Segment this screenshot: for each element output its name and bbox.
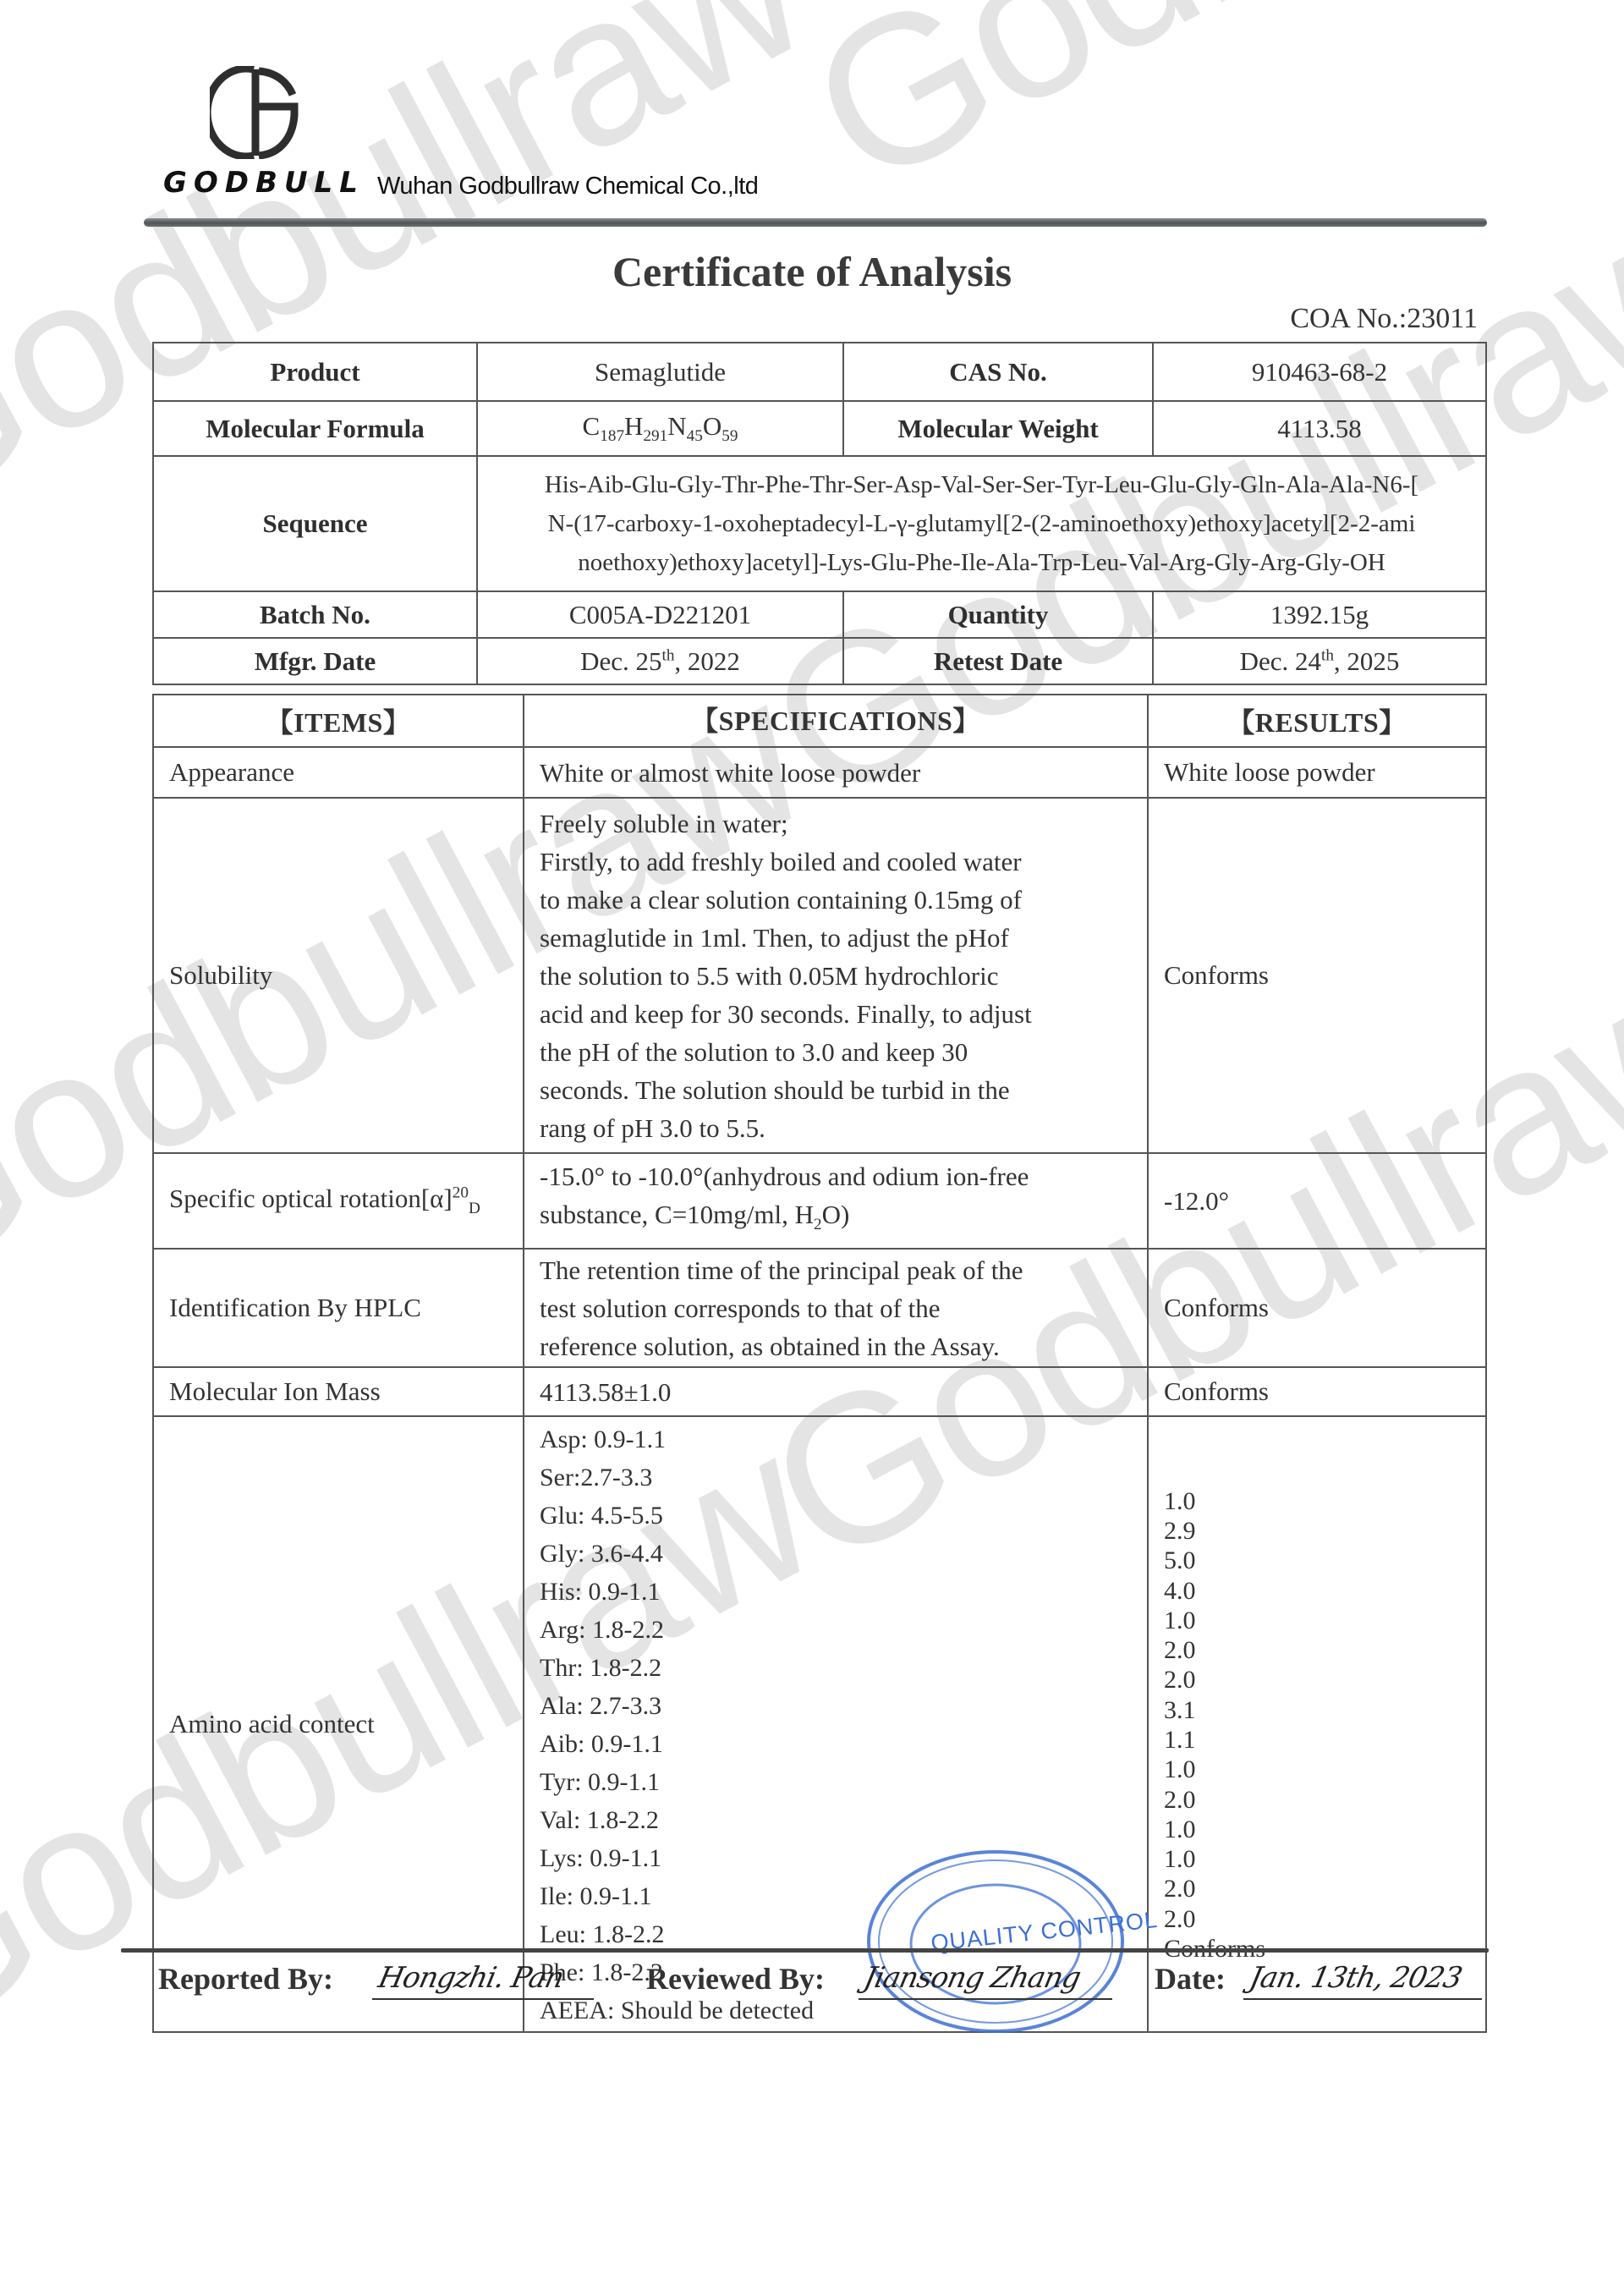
retest-date-ordinal: th xyxy=(1321,646,1334,664)
spec-sub: 2 xyxy=(814,1217,822,1234)
reported-by-line xyxy=(372,1998,594,2000)
amino-acid-result: 3.1 xyxy=(1164,1695,1470,1725)
formula-value: C187H291N45O59 xyxy=(477,401,843,456)
amino-acid-spec: Arg: 1.8-2.2 xyxy=(540,1611,1132,1649)
spec-text: O) xyxy=(822,1200,850,1229)
date-line xyxy=(1243,1998,1482,2000)
amino-acid-spec: Ser:2.7-3.3 xyxy=(540,1458,1132,1497)
formula-label: Molecular Formula xyxy=(153,401,477,456)
amino-acid-spec: Thr: 1.8-2.2 xyxy=(540,1649,1132,1687)
spec-line: reference solution, as obtained in the A… xyxy=(540,1327,1132,1365)
amino-acid-result: 2.0 xyxy=(1164,1785,1470,1815)
spec-appearance: White or almost white loose powder xyxy=(524,747,1148,798)
reported-by-signature: Hongzhi. Pan xyxy=(376,1961,567,1995)
formula-h: 291 xyxy=(643,427,667,445)
batch-label: Batch No. xyxy=(153,591,477,638)
amino-acid-result: 1.0 xyxy=(1164,1755,1470,1784)
mfgr-date-value: Dec. 25th, 2022 xyxy=(477,638,843,684)
amino-acid-result: 2.9 xyxy=(1164,1516,1470,1546)
item-appearance: Appearance xyxy=(153,747,524,798)
item-optical-rotation: Specific optical rotation[α]20D xyxy=(153,1153,524,1249)
product-value: Semaglutide xyxy=(477,343,843,401)
formula-n: 45 xyxy=(687,427,703,445)
document-title: Certificate of Analysis xyxy=(0,247,1624,296)
weight-label: Molecular Weight xyxy=(843,401,1153,456)
spec-line: -15.0° to -10.0°(anhydrous and odium ion… xyxy=(540,1157,1132,1195)
optical-rotation-label: Specific optical rotation[α] xyxy=(169,1184,453,1213)
result-amino-acid: 1.02.95.04.01.02.02.03.11.11.02.01.01.02… xyxy=(1148,1416,1486,2032)
item-ion-mass: Molecular Ion Mass xyxy=(153,1367,524,1416)
retest-date-day: Dec. 24 xyxy=(1240,646,1321,676)
amino-acid-result: 1.0 xyxy=(1164,1486,1470,1516)
batch-value: C005A-D221201 xyxy=(477,591,843,638)
mfgr-date-day: Dec. 25 xyxy=(580,646,661,676)
item-amino-acid: Amino acid contect xyxy=(153,1416,524,2032)
amino-acid-result: 2.0 xyxy=(1164,1904,1470,1934)
coa-number-value: 23011 xyxy=(1407,303,1478,334)
spec-line: rang of pH 3.0 to 5.5. xyxy=(540,1109,1132,1147)
amino-acid-spec: Ala: 2.7-3.3 xyxy=(540,1687,1132,1725)
spec-hplc: The retention time of the principal peak… xyxy=(524,1249,1148,1367)
spec-ion-mass: 4113.58±1.0 xyxy=(524,1367,1148,1416)
amino-acid-spec: Asp: 0.9-1.1 xyxy=(540,1420,1132,1458)
sequence-line: His-Aib-Glu-Gly-Thr-Phe-Thr-Ser-Asp-Val-… xyxy=(486,465,1477,504)
quantity-label: Quantity xyxy=(843,591,1153,638)
retest-date-value: Dec. 24th, 2025 xyxy=(1153,638,1486,684)
table-row: Specific optical rotation[α]20D -15.0° t… xyxy=(153,1153,1486,1249)
spec-text: substance, C=10mg/ml, H xyxy=(540,1200,814,1229)
result-optical-rotation: -12.0° xyxy=(1148,1153,1486,1249)
mfgr-date-year: , 2022 xyxy=(674,646,740,676)
optical-rotation-temp: 20 xyxy=(453,1184,469,1202)
amino-acid-spec: Val: 1.8-2.2 xyxy=(540,1801,1132,1839)
result-ion-mass: Conforms xyxy=(1148,1367,1486,1416)
amino-acid-spec: Aib: 0.9-1.1 xyxy=(540,1725,1132,1763)
reported-by-label: Reported By: xyxy=(158,1961,333,1997)
spec-line: Freely soluble in water; xyxy=(540,805,1132,843)
weight-value: 4113.58 xyxy=(1153,401,1486,456)
result-appearance: White loose powder xyxy=(1148,747,1486,798)
item-hplc: Identification By HPLC xyxy=(153,1249,524,1367)
formula-o: 59 xyxy=(721,427,738,445)
header-divider xyxy=(144,218,1487,227)
reviewed-by-signature: Jiansong Zhang xyxy=(861,1961,1084,1995)
amino-acid-result: 1.0 xyxy=(1164,1844,1470,1874)
result-solubility: Conforms xyxy=(1148,798,1486,1153)
item-solubility: Solubility xyxy=(153,798,524,1153)
amino-acid-result: 4.0 xyxy=(1164,1576,1470,1606)
amino-acid-spec: Gly: 3.6-4.4 xyxy=(540,1535,1132,1573)
table-row: Appearance White or almost white loose p… xyxy=(153,747,1486,798)
spec-line: to make a clear solution containing 0.15… xyxy=(540,881,1132,919)
amino-acid-result: 2.0 xyxy=(1164,1635,1470,1665)
company-name: Wuhan Godbullraw Chemical Co.,ltd xyxy=(377,173,758,200)
product-label: Product xyxy=(153,343,477,401)
optical-rotation-line: D xyxy=(469,1200,480,1217)
spec-solubility: Freely soluble in water; Firstly, to add… xyxy=(524,798,1148,1153)
amino-acid-result: 1.0 xyxy=(1164,1606,1470,1635)
table-row: Identification By HPLC The retention tim… xyxy=(153,1249,1486,1367)
sequence-line: N-(17-carboxy-1-oxoheptadecyl-L-γ-glutam… xyxy=(486,504,1477,543)
spec-line: acid and keep for 30 seconds. Finally, t… xyxy=(540,995,1132,1033)
coa-number: COA No.:23011 xyxy=(1290,303,1478,335)
result-hplc: Conforms xyxy=(1148,1249,1486,1367)
product-info-table: Product Semaglutide CAS No. 910463-68-2 … xyxy=(152,342,1487,685)
spec-line: The retention time of the principal peak… xyxy=(540,1251,1132,1289)
header-results: 【RESULTS】 xyxy=(1148,695,1486,747)
brand-name: GODBULL xyxy=(163,166,365,200)
table-row: Amino acid contect Asp: 0.9-1.1Ser:2.7-3… xyxy=(153,1416,1486,2032)
amino-acid-result: 1.0 xyxy=(1164,1815,1470,1844)
spec-line: semaglutide in 1ml. Then, to adjust the … xyxy=(540,919,1132,957)
amino-acid-spec: Glu: 4.5-5.5 xyxy=(540,1497,1132,1535)
amino-acid-result: 5.0 xyxy=(1164,1546,1470,1575)
date-label: Date: xyxy=(1155,1961,1226,1997)
retest-date-label: Retest Date xyxy=(843,638,1153,684)
spec-line: the solution to 5.5 with 0.05M hydrochlo… xyxy=(540,957,1132,995)
amino-acid-result: 2.0 xyxy=(1164,1874,1470,1903)
header-specifications: 【SPECIFICATIONS】 xyxy=(524,695,1148,747)
sequence-line: noethoxy)ethoxy]acetyl]-Lys-Glu-Phe-Ile-… xyxy=(486,543,1477,582)
table-row: Solubility Freely soluble in water; Firs… xyxy=(153,798,1486,1153)
spec-line: the pH of the solution to 3.0 and keep 3… xyxy=(540,1033,1132,1071)
footer-divider xyxy=(121,1948,1489,1953)
spec-line: substance, C=10mg/ml, H2O) xyxy=(540,1195,1132,1244)
formula-c: 187 xyxy=(600,427,624,445)
date-signature: Jan. 13th, 2023 xyxy=(1247,1961,1465,1995)
table-row: Molecular Ion Mass 4113.58±1.0 Conforms xyxy=(153,1367,1486,1416)
mfgr-date-ordinal: th xyxy=(661,646,674,664)
godbull-logo-icon xyxy=(210,66,299,159)
cas-label: CAS No. xyxy=(843,343,1153,401)
retest-date-year: , 2025 xyxy=(1334,646,1400,676)
test-results-table: 【ITEMS】 【SPECIFICATIONS】 【RESULTS】 Appea… xyxy=(152,694,1487,2033)
amino-acid-spec: His: 0.9-1.1 xyxy=(540,1573,1132,1611)
spec-line: seconds. The solution should be turbid i… xyxy=(540,1071,1132,1109)
cas-value: 910463-68-2 xyxy=(1153,343,1486,401)
mfgr-date-label: Mfgr. Date xyxy=(153,638,477,684)
header-items: 【ITEMS】 xyxy=(153,695,524,747)
sequence-value: His-Aib-Glu-Gly-Thr-Phe-Thr-Ser-Asp-Val-… xyxy=(477,456,1486,591)
reviewed-by-label: Reviewed By: xyxy=(646,1961,825,1997)
amino-acid-result: 2.0 xyxy=(1164,1665,1470,1695)
amino-acid-result: 1.1 xyxy=(1164,1725,1470,1755)
sequence-label: Sequence xyxy=(153,456,477,591)
quantity-value: 1392.15g xyxy=(1153,591,1486,638)
coa-number-label: COA No.: xyxy=(1290,303,1407,334)
reviewed-by-line xyxy=(859,1998,1112,2000)
amino-acid-spec: Tyr: 0.9-1.1 xyxy=(540,1763,1132,1801)
spec-optical-rotation: -15.0° to -10.0°(anhydrous and odium ion… xyxy=(524,1153,1148,1249)
spec-line: test solution corresponds to that of the xyxy=(540,1289,1132,1327)
spec-line: Firstly, to add freshly boiled and coole… xyxy=(540,843,1132,881)
